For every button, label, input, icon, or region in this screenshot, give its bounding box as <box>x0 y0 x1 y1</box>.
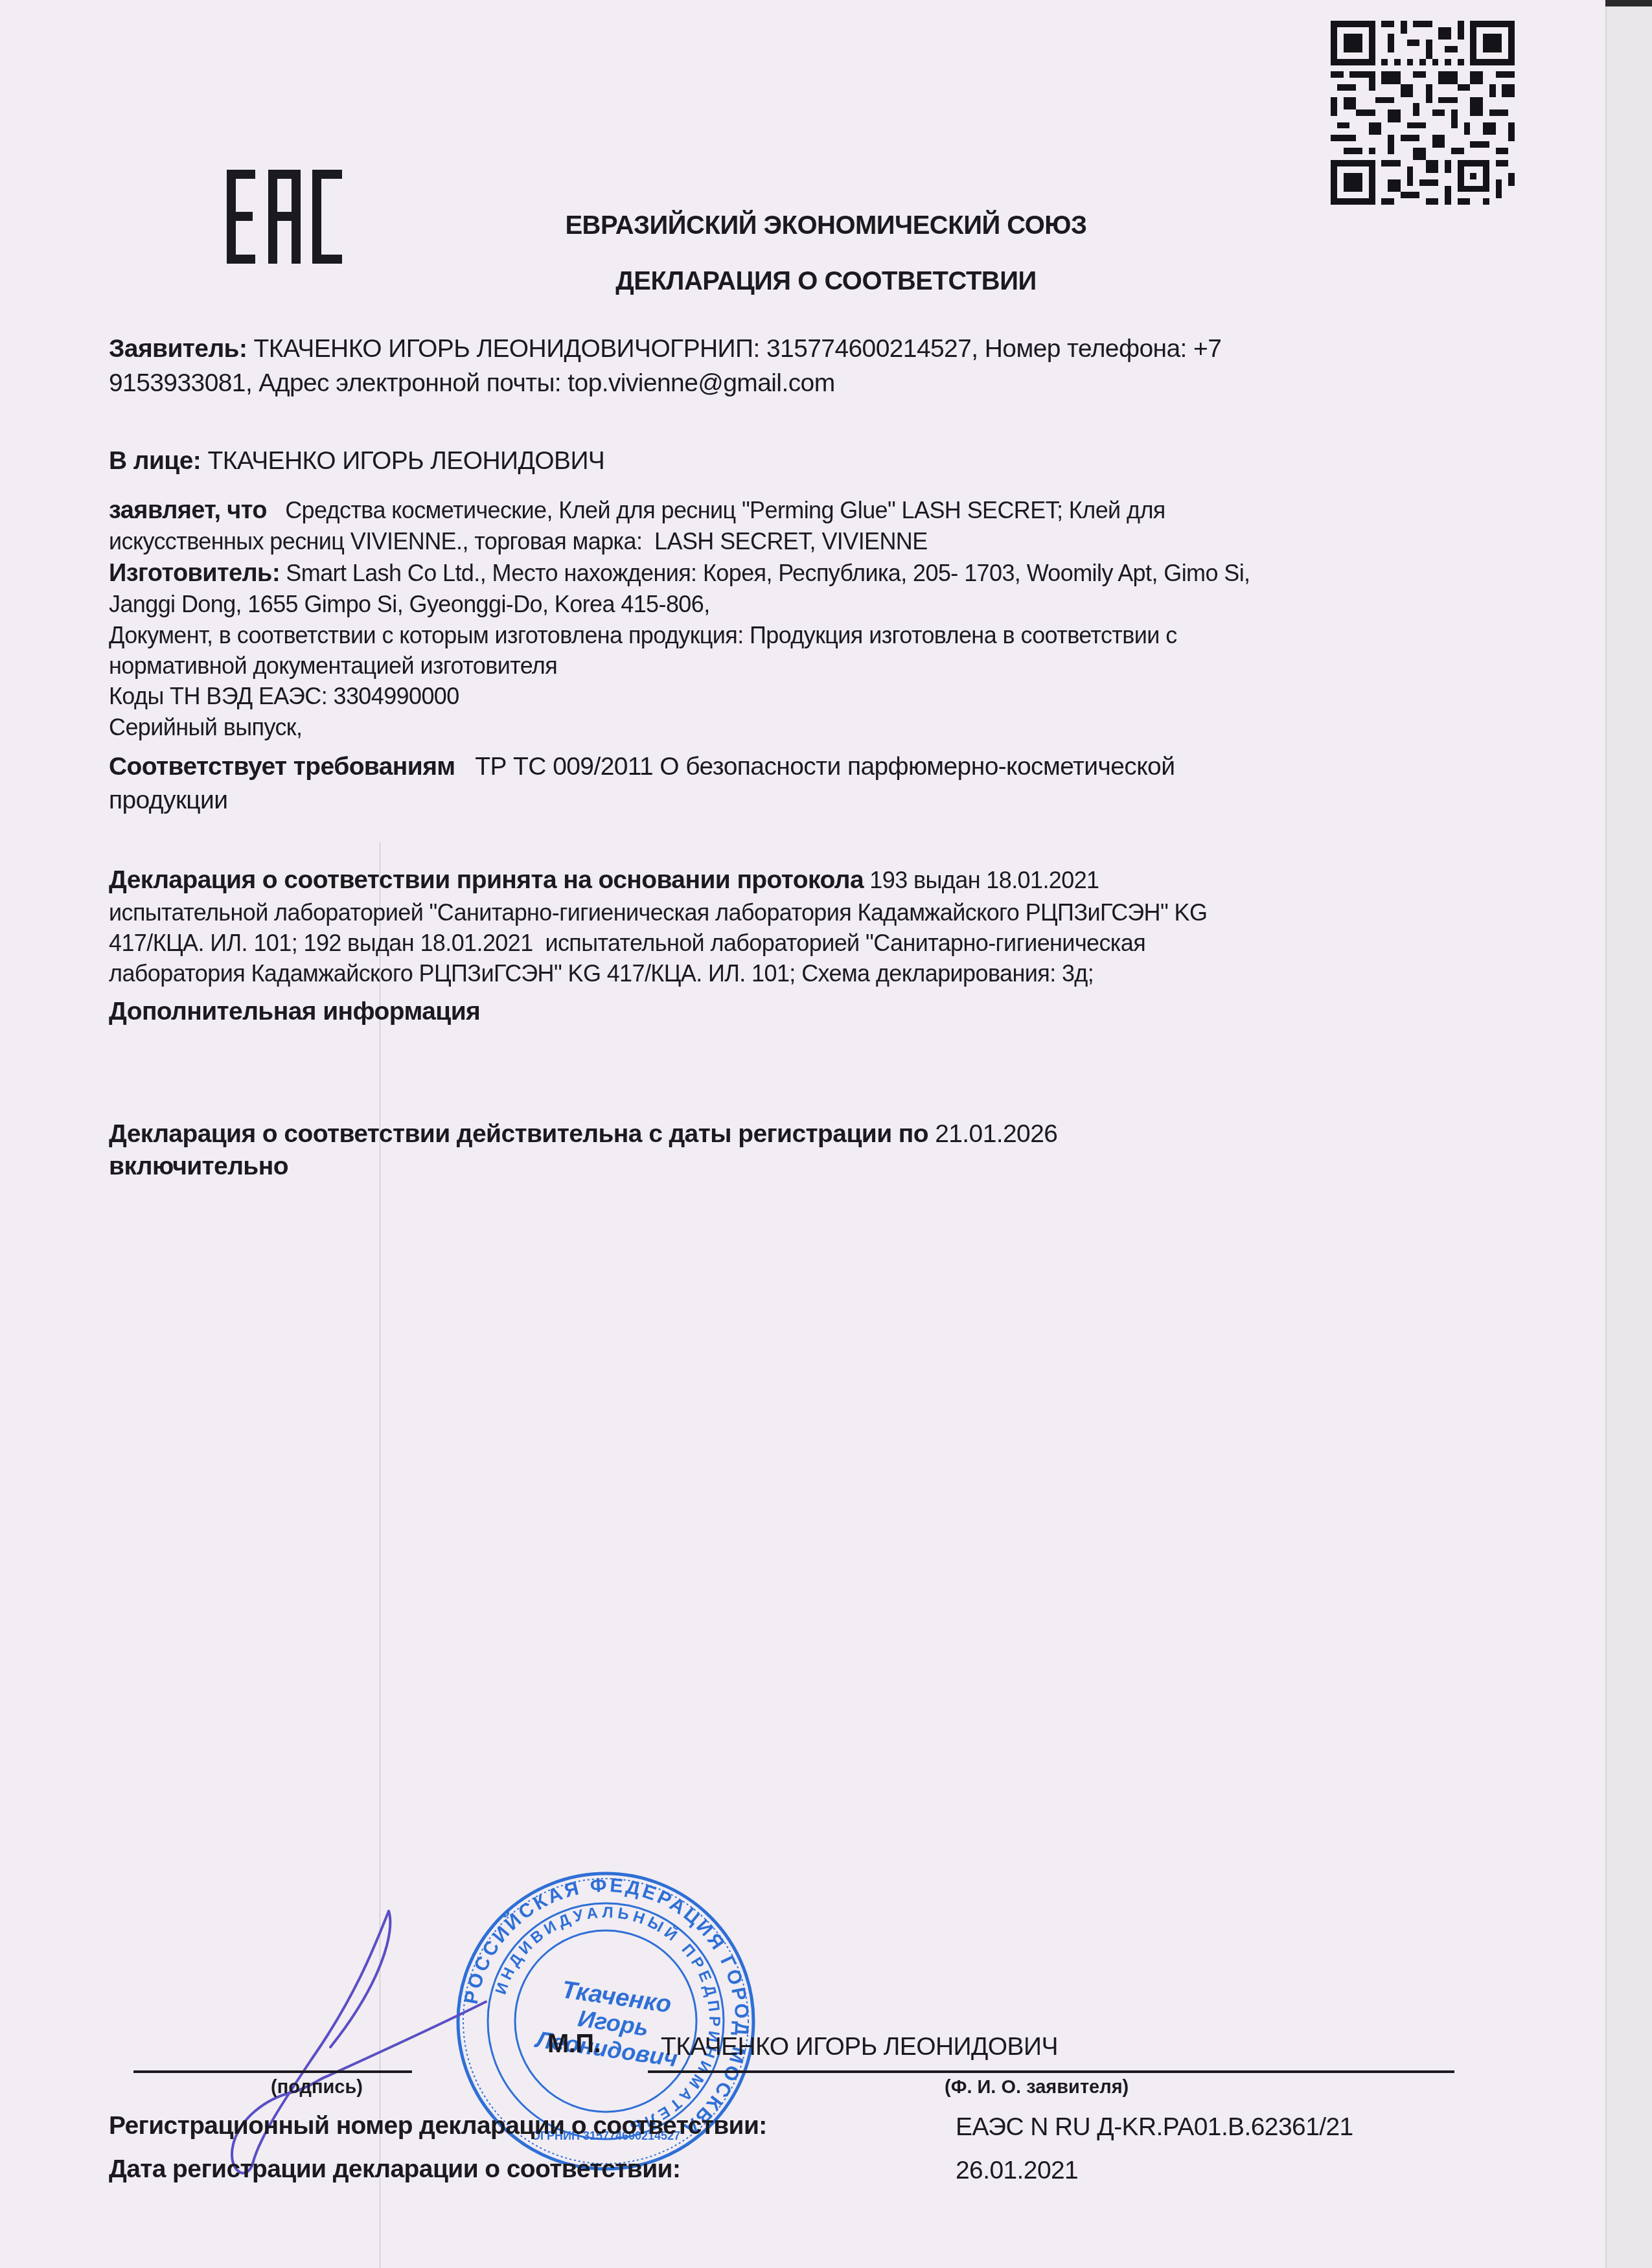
requirements-line-2: продукции <box>109 786 227 815</box>
declares-value: Средства косметические, Клей для ресниц … <box>267 497 1165 523</box>
document-basis-line-2: нормативной документацией изготовителя <box>109 652 557 680</box>
manufacturer-line-2: Janggi Dong, 1655 Gimpo Si, Gyeonggi-Do,… <box>109 591 710 618</box>
registration-number-label: Регистрационный номер декларации о соотв… <box>109 2112 767 2140</box>
requirements-line-1: Соответствует требованиям ТР ТС 009/2011… <box>109 753 1175 781</box>
validity-label: Декларация о соответствии действительна … <box>109 1120 928 1148</box>
document-basis-line-1: Документ, в соответствии с которым изгот… <box>109 622 1177 649</box>
manufacturer-value: Smart Lash Co Ltd., Место нахождения: Ко… <box>280 560 1250 586</box>
serial-release: Серийный выпуск, <box>109 714 302 741</box>
validity-date: 21.01.2026 <box>928 1120 1057 1148</box>
requirements-label: Соответствует требованиям <box>109 753 455 781</box>
declares-line-2: искусственных ресниц VIVIENNE., торговая… <box>109 528 928 555</box>
registration-date-value: 26.01.2021 <box>956 2157 1078 2185</box>
signature-caption: (подпись) <box>271 2077 363 2098</box>
scan-corner-shadow <box>1605 0 1652 6</box>
representative-label: В лице: <box>109 447 201 475</box>
manufacturer-line-1: Изготовитель: Smart Lash Co Ltd., Место … <box>109 560 1250 588</box>
tn-ved-codes: Коды ТН ВЭД ЕАЭС: 3304990000 <box>109 683 459 710</box>
registration-number-value: ЕАЭС N RU Д-KR.PA01.B.62361/21 <box>956 2113 1353 2142</box>
protocol-line-2: испытательной лабораторией "Санитарно-ги… <box>109 899 1207 926</box>
applicant-label: Заявитель: <box>109 335 247 363</box>
requirements-value: ТР ТС 009/2011 О безопасности парфюмерно… <box>455 753 1175 781</box>
protocol-line-1: Декларация о соответствии принята на осн… <box>109 866 1099 895</box>
protocol-label: Декларация о соответствии принята на осн… <box>109 866 864 894</box>
applicant-line-2: 9153933081, Адрес электронной почты: top… <box>109 369 835 398</box>
signature-line <box>133 2070 412 2073</box>
applicant-printed-name: ТКАЧЕНКО ИГОРЬ ЛЕОНИДОВИЧ <box>661 2033 1058 2061</box>
validity-line-2: включительно <box>109 1152 288 1181</box>
name-line <box>648 2070 1454 2073</box>
registration-date-label: Дата регистрации декларации о соответств… <box>109 2155 680 2184</box>
manufacturer-label: Изготовитель: <box>109 560 280 587</box>
protocol-line-3: 417/КЦА. ИЛ. 101; 192 выдан 18.01.2021 и… <box>109 930 1145 957</box>
representative-value: ТКАЧЕНКО ИГОРЬ ЛЕОНИДОВИЧ <box>201 447 604 475</box>
additional-info-label: Дополнительная информация <box>109 998 480 1026</box>
declares-line-1: заявляет, что Средства косметические, Кл… <box>109 497 1165 525</box>
mp-label: М.П. <box>547 2030 601 2059</box>
protocol-value: 193 выдан 18.01.2021 <box>864 867 1099 893</box>
document-title: ДЕКЛАРАЦИЯ О СООТВЕТСТВИИ <box>0 267 1652 296</box>
protocol-line-4: лаборатория Кадамжайского РЦПЗиГСЭН" KG … <box>109 960 1094 987</box>
validity-line-1: Декларация о соответствии действительна … <box>109 1120 1057 1149</box>
declares-label: заявляет, что <box>109 497 267 524</box>
applicant-value: ТКАЧЕНКО ИГОРЬ ЛЕОНИДОВИЧОГРНИП: 3157746… <box>247 335 1221 363</box>
union-title: ЕВРАЗИЙСКИЙ ЭКОНОМИЧЕСКИЙ СОЮЗ <box>0 211 1652 240</box>
qr-code-icon[interactable] <box>1329 21 1516 205</box>
handwritten-signature-icon <box>162 1905 525 2183</box>
applicant-line-1: Заявитель: ТКАЧЕНКО ИГОРЬ ЛЕОНИДОВИЧОГРН… <box>109 335 1221 363</box>
name-caption: (Ф. И. О. заявителя) <box>945 2077 1129 2098</box>
paper-fold-strip <box>1605 0 1652 2268</box>
representative-line: В лице: ТКАЧЕНКО ИГОРЬ ЛЕОНИДОВИЧ <box>109 447 604 475</box>
